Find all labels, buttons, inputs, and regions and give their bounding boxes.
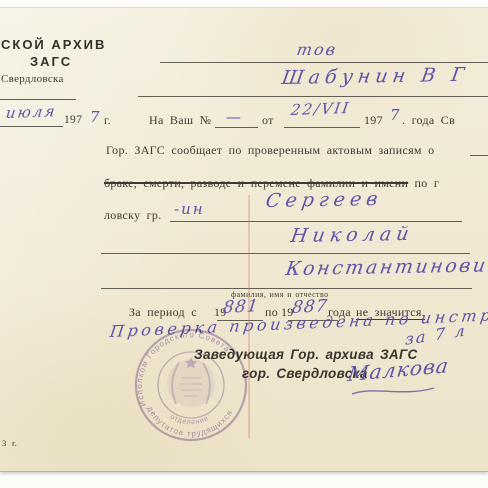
handwritten-citizen-suffix: -ин — [174, 200, 205, 218]
ref-tail: . года Св — [402, 113, 455, 128]
handwritten-addressee-name: Шабунин В Г — [280, 64, 471, 89]
letterhead-line3: Свердловска — [1, 73, 64, 85]
document-scan: СКОЙ АРХИВ ЗАГС Свердловска июля 197 7 г… — [0, 0, 488, 488]
form-line — [101, 288, 472, 289]
form-line — [0, 99, 76, 100]
footer-imprint: 3 г. — [2, 438, 17, 448]
handwritten-year-digit: 7 — [90, 108, 100, 126]
handwritten-salutation: тов — [295, 40, 338, 59]
handwritten-patronymic: Константинович. — [284, 254, 488, 280]
signature-flourish — [350, 384, 436, 398]
handwritten-firstname: Николай — [289, 223, 415, 247]
form-line — [284, 127, 360, 128]
body-line2: браке, смерти, разводе и перемене фамили… — [104, 176, 439, 191]
letterhead-line1: СКОЙ АРХИВ — [1, 37, 106, 52]
form-line — [215, 127, 258, 128]
ref-year-printed: 197 — [364, 113, 383, 128]
letterhead-line2: ЗАГС — [30, 54, 72, 69]
form-line — [138, 96, 488, 97]
form-line — [170, 221, 462, 222]
form-line — [160, 62, 488, 63]
handwritten-surname: Сергеев — [264, 188, 384, 212]
form-line — [0, 126, 63, 127]
handwritten-ref-date: 22/VII — [290, 99, 352, 119]
official-stamp: Исполком Городского Совета депутатов тру… — [118, 312, 264, 458]
body-line2-tail: по г — [415, 176, 440, 190]
handwritten-ref-number: — — [226, 108, 241, 126]
ref-prefix: На Ваш № — [149, 113, 211, 128]
body-line3-prefix: ловску гр. — [104, 208, 162, 223]
printed-year: 197 — [64, 114, 82, 126]
paper-crease — [248, 195, 250, 438]
form-line — [470, 155, 488, 156]
form-line — [101, 253, 470, 254]
ref-from-label: от — [262, 113, 274, 128]
year-suffix: г. — [104, 115, 111, 127]
handwritten-ref-year-digit: 7 — [390, 106, 400, 124]
handwritten-date-month: июля — [5, 102, 58, 122]
body-line1: Гор. ЗАГС сообщает по проверенным актовы… — [106, 143, 434, 158]
